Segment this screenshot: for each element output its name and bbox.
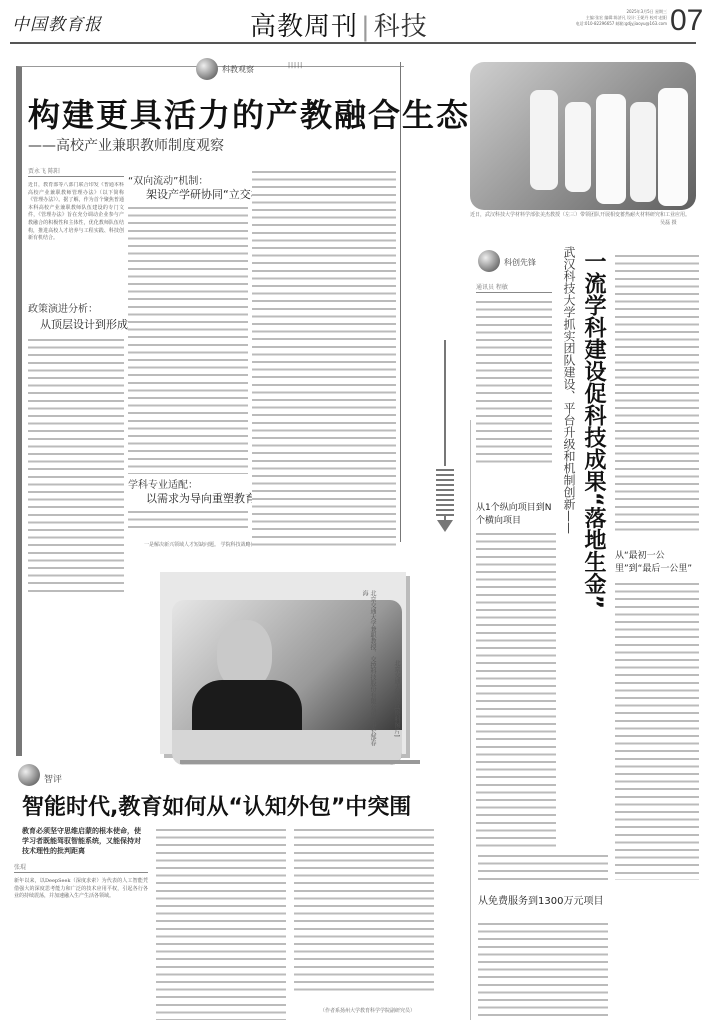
- opinion-title: 智能时代,教育如何从“认知外包”中突围: [22, 790, 411, 821]
- lab-photo-caption: 近日，武汉科技大学材料学部张美杰教授（左三）带领团队开展相变蓄热耐火材料研究和工…: [470, 212, 696, 219]
- masthead-rule: [10, 42, 696, 44]
- feature-body-col3: [252, 168, 396, 548]
- newspaper-logo: 中国教育报: [12, 10, 102, 35]
- feature-title: 构建更具活力的产教融合生态: [28, 90, 470, 136]
- feature-lead: 近日，教育部等八部门联合印发《普通本科高校产业兼职教师管理办法》（以下简称《管理…: [28, 182, 124, 292]
- contact-line: 电话:010-82296657 邮箱:gdjyjiaoyu@163.com: [575, 21, 667, 27]
- section3-title: 以需求为导向重塑教育链: [146, 490, 267, 506]
- lab-photo: [470, 62, 696, 210]
- subsection-name: 科技: [374, 12, 428, 42]
- side-divider: [470, 420, 471, 1020]
- side-title: 一流学科建设促科技成果“落地生金”: [580, 250, 606, 620]
- page-number: 07: [670, 4, 703, 38]
- globe-icon: [196, 58, 218, 80]
- side-body-col2b: [478, 920, 608, 1020]
- column-label: 科教观察: [222, 64, 254, 75]
- side-column-label: 科创先锋: [504, 257, 536, 268]
- feature-body-col2b: [128, 508, 248, 534]
- photo-vertical-caption: 北京交通大学兼职教授、交控科技股份有限公司董事长郜春海: [360, 590, 376, 750]
- opinion-byline: 张琨: [14, 862, 26, 871]
- section2-label: “双向流动”机制：: [128, 172, 208, 187]
- side-byline: 通讯员 程敏: [476, 282, 508, 291]
- photo-credit: 北京交通大学图片[资料图片]: [392, 660, 401, 750]
- opinion-byline-rule: [14, 872, 148, 873]
- side-sub3: 从“最初一公里”到“最后一公里”: [615, 548, 699, 574]
- side-body-col1: [476, 298, 552, 468]
- opinion-column-label: 智评: [44, 772, 62, 785]
- opinion-footnote: （作者系扬州大学教育科学学院副研究员）: [320, 1008, 460, 1015]
- opinion-top-rule: [180, 760, 420, 764]
- section1-label: 政策演进分析：: [28, 300, 98, 315]
- arrow-ticks: [436, 466, 454, 516]
- side-sub2: 从免费服务到1300万元项目: [478, 892, 608, 907]
- globe-icon: [478, 250, 500, 272]
- feature-subtitle: ——高校产业兼职教师制度观察: [28, 135, 224, 155]
- side-kicker: 武汉科技大学抓实团队建设、平台升级和机制创新——: [562, 246, 576, 546]
- side-body-col2a: [478, 852, 608, 882]
- opinion-lead: 新年以来，以DeepSeek（深度求索）为代表的人工智能凭借强大的深度思考能力和…: [14, 878, 148, 1020]
- side-sub1: 从1个纵向项目到N个横向项目: [476, 500, 556, 526]
- decor-ticks: |||||: [288, 62, 303, 69]
- side-body-col2: [615, 252, 699, 532]
- arrow-down-icon: [437, 520, 453, 532]
- byline-rule: [28, 176, 124, 177]
- side-body-col3: [615, 580, 699, 880]
- opinion-body-col3: [294, 826, 434, 996]
- side-byline-rule: [476, 292, 552, 293]
- opinion-deck: 教育必须坚守思维启蒙的根本使命，使学习者既能驾驭智能系统，又能保持对技术理性的批…: [22, 826, 142, 856]
- globe-icon: [18, 764, 40, 786]
- section-title: 高教周刊|科技: [250, 6, 428, 43]
- side-body-col1b: [476, 530, 556, 850]
- masthead-meta: 2025年3月5日 星期三 主编:张宏 编辑:陈济凡 设计:王妮丹 校对:赵阳 …: [575, 9, 667, 27]
- opinion-body-col2: [156, 826, 286, 1020]
- feature-byline: 贾永飞 陈阳: [28, 166, 60, 175]
- feature-body-col1: [28, 336, 124, 592]
- section3-label: 学科专业适配：: [128, 476, 198, 491]
- section2-title: 架设产学研协同“立交桥”: [146, 186, 267, 202]
- feature-body-col2: [128, 204, 248, 474]
- lab-photo-credit: 吴磊 摄: [660, 220, 677, 227]
- section-name: 高教周刊: [250, 12, 358, 42]
